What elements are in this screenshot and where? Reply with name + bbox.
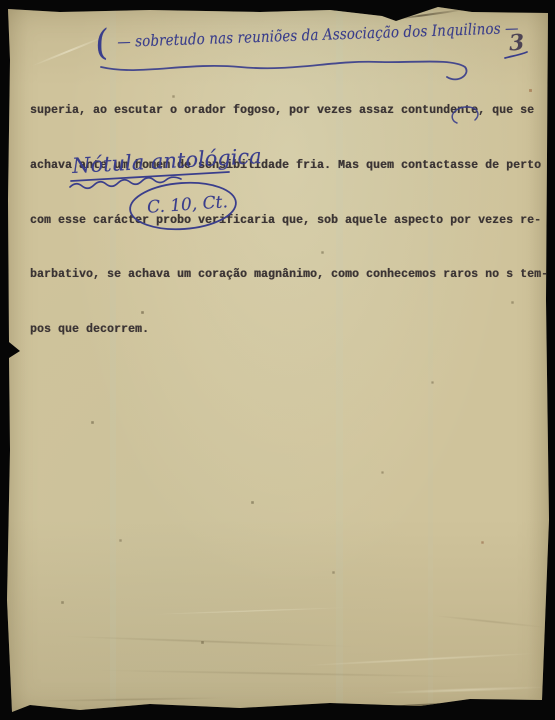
- page-number: 3: [508, 29, 525, 56]
- paper-speckles: [0, 0, 1, 1]
- paper-crease: [30, 696, 230, 702]
- header-annotation-paren: (: [92, 23, 112, 65]
- typed-line: pos que decorrem.: [30, 321, 536, 339]
- typed-line: com esse carácter probo verificaria que,…: [30, 212, 536, 230]
- paper-crease: [396, 8, 470, 20]
- paper-fold-shadow: [390, 699, 550, 708]
- paper-crease: [380, 685, 550, 695]
- header-annotation: — sobretudo nas reuniões da Associação d…: [117, 19, 519, 51]
- typed-paragraph: superia, ao escutar o orador fogoso, por…: [30, 66, 536, 375]
- paper-crease: [90, 669, 470, 679]
- paper-crease: [60, 635, 360, 648]
- typed-line: superia, ao escutar o orador fogoso, por…: [30, 102, 536, 120]
- paper-crease: [150, 607, 350, 616]
- scan-background: { "document": { "page_number": "3", "hea…: [0, 0, 555, 720]
- paper-sheet: ( — sobretudo nas reuniões da Associação…: [0, 0, 555, 720]
- typed-line: barbativo, se achava um coração magnânim…: [30, 266, 536, 284]
- paper-crease: [430, 614, 550, 630]
- paper-crease: [300, 652, 540, 668]
